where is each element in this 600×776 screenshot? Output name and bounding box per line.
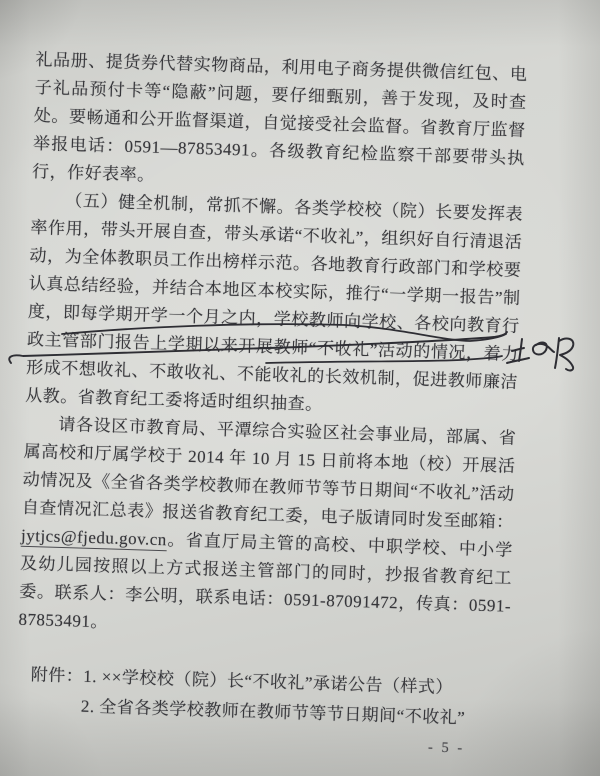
scanned-document-page: 礼品册、提货券代替实物商品，利用电子商务提供微信红包、电子礼品预付卡等“隐蔽”问… [0, 0, 600, 776]
paragraph-reporting-requirements: 请各设区市教育局、平潭综合实验区社会事业局，部属、省属高校和厅属学校于 2014… [18, 410, 517, 649]
paragraph-item5-mechanism: （五）健全机制，常抓不懈。各类学校校（院）长要发挥表率作用，带头开展自查，带头承… [25, 186, 524, 425]
paragraph-supervision-channels: 礼品册、提货券代替实物商品，利用电子商务提供微信红包、电子礼品预付卡等“隐蔽”问… [32, 46, 528, 201]
document-body: 礼品册、提货券代替实物商品，利用电子商务提供微信红包、电子礼品预付卡等“隐蔽”问… [15, 46, 527, 735]
attachments-block: 附件：1. ××学校校（院）长“不收礼”承诺公告（样式） 2. 全省各类学校教师… [29, 660, 509, 735]
email-address: jytjcs@fjedu.gov.cn [21, 526, 167, 551]
page-number: - 5 - [428, 740, 465, 758]
reporting-text-before-email: 请各设区市教育局、平潭综合实验区社会事业局，部属、省属高校和厅属学校于 2014… [22, 415, 517, 532]
